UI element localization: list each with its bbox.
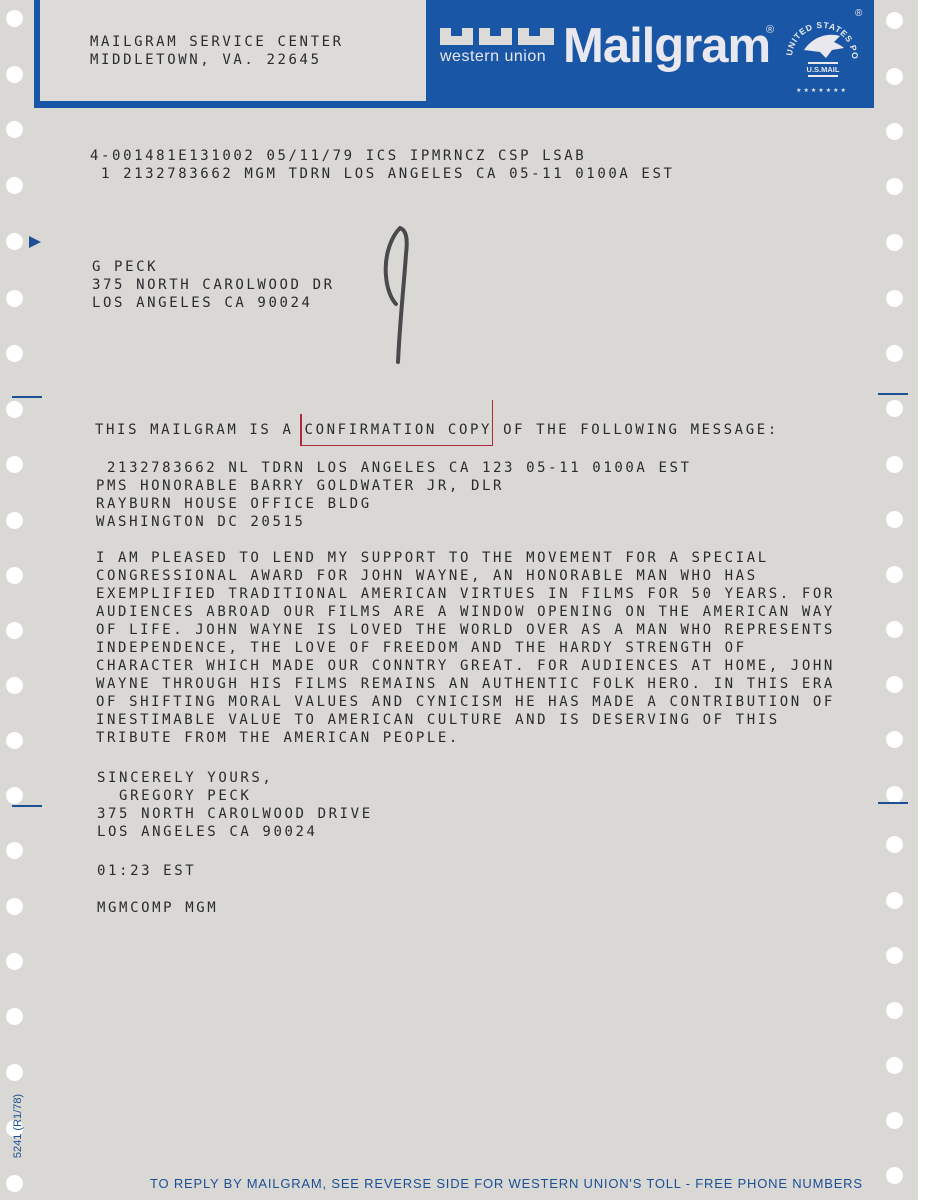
body-line: OF LIFE. JOHN WAYNE IS LOVED THE WORLD O… xyxy=(96,621,835,639)
fold-tick xyxy=(12,805,42,807)
feed-hole xyxy=(886,456,903,473)
body-line: EXEMPLIFIED TRADITIONAL AMERICAN VIRTUES… xyxy=(96,585,835,603)
reply-footer: TO REPLY BY MAILGRAM, SEE REVERSE SIDE F… xyxy=(150,1176,863,1191)
closing-block: SINCERELY YOURS, GREGORY PECK375 NORTH C… xyxy=(97,769,373,841)
recipient-name: G PECK xyxy=(92,258,335,276)
body-line: WAYNE THROUGH HIS FILMS REMAINS AN AUTHE… xyxy=(96,675,835,693)
service-center-line2: MIDDLETOWN, VA. 22645 xyxy=(90,51,344,69)
closing-signer: GREGORY PECK xyxy=(97,787,373,805)
feed-hole xyxy=(6,233,23,250)
feed-hole xyxy=(886,1002,903,1019)
body-line: OF SHIFTING MORAL VALUES AND CYNICISM HE… xyxy=(96,693,835,711)
feed-hole xyxy=(6,567,23,584)
message-header-line-3: RAYBURN HOUSE OFFICE BLDG xyxy=(96,495,692,513)
feed-hole xyxy=(886,123,903,140)
confirmation-prefix: THIS MAILGRAM IS A xyxy=(95,422,305,438)
mailgram-wordmark: Mailgram xyxy=(563,18,770,74)
western-union-logo: western union xyxy=(440,28,558,73)
service-center-address: MAILGRAM SERVICE CENTERMIDDLETOWN, VA. 2… xyxy=(90,33,344,69)
feed-hole xyxy=(886,676,903,693)
usps-registered-mark: ® xyxy=(855,8,862,19)
recipient-city: LOS ANGELES CA 90024 xyxy=(92,294,335,312)
fold-tick xyxy=(878,802,908,804)
message-header-line-1: 2132783662 NL TDRN LOS ANGELES CA 123 05… xyxy=(96,459,692,477)
feed-hole xyxy=(886,511,903,528)
feed-hole xyxy=(886,68,903,85)
svg-text:★★★★★★★: ★★★★★★★ xyxy=(796,87,848,94)
feed-hole xyxy=(6,66,23,83)
registered-mark: ® xyxy=(766,24,774,36)
red-pen-annotation-box xyxy=(300,400,493,446)
feed-hole xyxy=(6,1064,23,1081)
feed-hole xyxy=(886,345,903,362)
body-line: TRIBUTE FROM THE AMERICAN PEOPLE. xyxy=(96,729,835,747)
message-body: I AM PLEASED TO LEND MY SUPPORT TO THE M… xyxy=(96,549,835,747)
feed-hole xyxy=(6,177,23,194)
feed-hole xyxy=(6,787,23,804)
feed-hole xyxy=(886,1112,903,1129)
feed-hole xyxy=(6,345,23,362)
message-header-line-4: WASHINGTON DC 20515 xyxy=(96,513,692,531)
feed-hole xyxy=(886,892,903,909)
feed-hole xyxy=(886,12,903,29)
feed-hole xyxy=(6,1175,23,1192)
feed-hole xyxy=(6,898,23,915)
feed-hole xyxy=(886,947,903,964)
mailgram-paper: MAILGRAM SERVICE CENTERMIDDLETOWN, VA. 2… xyxy=(0,0,918,1200)
recipient-address: G PECK375 NORTH CAROLWOOD DRLOS ANGELES … xyxy=(92,258,335,312)
body-line: INDEPENDENCE, THE LOVE OF FREEDOM AND TH… xyxy=(96,639,835,657)
feed-arrow-icon xyxy=(29,236,41,248)
feed-hole xyxy=(886,836,903,853)
feed-hole xyxy=(6,842,23,859)
feed-hole xyxy=(886,400,903,417)
feed-hole xyxy=(886,178,903,195)
body-line: INESTIMABLE VALUE TO AMERICAN CULTURE AN… xyxy=(96,711,835,729)
closing-salutation: SINCERELY YOURS, xyxy=(97,769,373,787)
body-line: CONGRESSIONAL AWARD FOR JOHN WAYNE, AN H… xyxy=(96,567,835,585)
feed-hole xyxy=(6,732,23,749)
body-line: CHARACTER WHICH MADE OUR CONNTRY GREAT. … xyxy=(96,657,835,675)
feed-hole xyxy=(886,566,903,583)
feed-hole xyxy=(886,1057,903,1074)
feed-hole xyxy=(6,953,23,970)
feed-hole xyxy=(6,512,23,529)
confirmation-suffix: OF THE FOLLOWING MESSAGE: xyxy=(492,422,779,438)
routing-line-2: 1 2132783662 MGM TDRN LOS ANGELES CA 05-… xyxy=(90,165,675,183)
message-header-line-2: PMS HONORABLE BARRY GOLDWATER JR, DLR xyxy=(96,477,692,495)
usps-eagle-seal-icon: UNITED STATES POSTAL SERVICE U.S.MAIL ★★… xyxy=(782,8,862,94)
feed-hole xyxy=(6,1008,23,1025)
fold-tick xyxy=(12,396,42,398)
western-union-wordmark: western union xyxy=(440,48,558,66)
feed-hole xyxy=(6,290,23,307)
time-stamp: 01:23 EST xyxy=(97,862,196,880)
routing-line-1: 4-001481E131002 05/11/79 ICS IPMRNCZ CSP… xyxy=(90,147,675,165)
originator-code: MGMCOMP MGM xyxy=(97,899,218,917)
fold-tick xyxy=(878,393,908,395)
feed-hole xyxy=(886,621,903,638)
feed-hole xyxy=(6,622,23,639)
feed-hole xyxy=(886,234,903,251)
feed-hole xyxy=(886,290,903,307)
wu-blocks-icon xyxy=(440,28,558,45)
routing-header: 4-001481E131002 05/11/79 ICS IPMRNCZ CSP… xyxy=(90,147,675,183)
feed-hole xyxy=(6,677,23,694)
service-center-line1: MAILGRAM SERVICE CENTER xyxy=(90,33,344,51)
closing-city: LOS ANGELES CA 90024 xyxy=(97,823,373,841)
svg-text:U.S.MAIL: U.S.MAIL xyxy=(807,65,840,74)
feed-hole xyxy=(886,1167,903,1184)
body-line: AUDIENCES ABROAD OUR FILMS ARE A WINDOW … xyxy=(96,603,835,621)
form-number: 5241 (R1/78) xyxy=(12,1094,24,1158)
feed-hole xyxy=(6,456,23,473)
closing-street: 375 NORTH CAROLWOOD DRIVE xyxy=(97,805,373,823)
feed-hole xyxy=(6,10,23,27)
handwritten-number-mark: 1 xyxy=(378,224,418,369)
message-header: 2132783662 NL TDRN LOS ANGELES CA 123 05… xyxy=(96,459,692,531)
feed-hole xyxy=(6,401,23,418)
feed-hole xyxy=(886,786,903,803)
feed-hole xyxy=(6,121,23,138)
recipient-street: 375 NORTH CAROLWOOD DR xyxy=(92,276,335,294)
body-line: I AM PLEASED TO LEND MY SUPPORT TO THE M… xyxy=(96,549,835,567)
feed-hole xyxy=(886,731,903,748)
